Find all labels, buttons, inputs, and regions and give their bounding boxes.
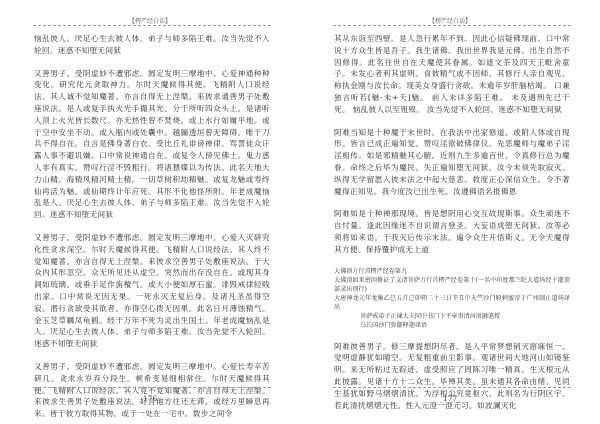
colophon-line: 菩萨戒弟子正谏大夫同中书门下平章事清河房融笔授 [334, 312, 570, 321]
header-divider [333, 25, 571, 26]
footer-divider [33, 387, 271, 388]
paragraph: 恼乱彼人。厌足心生去彼人体。弟子与师多陷王难。汝当先觉不入轮回。迷惑不知堕无间狱 [34, 33, 270, 57]
running-header: 【楞严经白话】 [300, 16, 600, 25]
colophon-line: 乌长国沙门弥伽释迦译语 [334, 321, 570, 330]
paragraph: 又善男子。受阴虚妙不遭邪虑。圆定发明三摩地中。心爱神通种种变化。研究化元贪取神力… [34, 68, 270, 221]
right-page: 【楞严经白话】 其从东诣至西壁。是人急行累年不到。因此心信疑佛现前。口中常说十方… [300, 0, 600, 424]
paragraph: 又善男子。受阴虚妙不遭邪虑。圆定发明三摩地中。心爱长寿辛苦研几。贪求永岁弃分段生… [34, 361, 270, 420]
left-page: 【楞严经白话】 恼乱彼人。厌足心生去彼人体。弟子与师多陷王难。汝当先觉不入轮回。… [0, 0, 300, 424]
colophon-line: 大佛顶万行首楞严经卷第九 [334, 267, 570, 276]
colophon-line: 大唐神龙元年龙集乙巳五月己卯朔二十三日辛丑中天竺沙门般剌蜜帝于广州制止道场译出 [334, 294, 570, 312]
paragraph: 其从东诣至西壁。是人急行累年不到。因此心信疑佛现前。口中常说十方众生皆是吾子。我… [334, 33, 570, 116]
page-number: _177_ [300, 394, 600, 403]
colophon: 大佛顶万行首楞严经卷第九 大佛顶如来密因修证了义诸菩萨万行首楞严经卷第十(一名中… [334, 267, 570, 330]
paragraph: 阿难当知是十种魔于末世时。在我法中出家修道。或附人体或自现形。皆言已成正遍知觉。… [334, 127, 570, 198]
colophon-line: 大佛顶如来密因修证了义诸菩萨万行首楞严经卷第十(一名中印度那兰陀大道场经于灌顶部… [334, 276, 570, 294]
footer-divider [333, 387, 571, 388]
paragraph: 又善男子。受阴虚妙不遭邪虑。圆定发明三摩地中。心爱入灭研究化性贪求深空。尔时天魔… [34, 232, 270, 350]
page-number: _176_ [0, 394, 300, 403]
paragraph: 阿难如是十种禅那现境。皆是想阴用心交互故现斯事。众生顽迷不自忖量。逢此因缘迷不自… [334, 208, 570, 255]
header-divider [33, 25, 271, 26]
page-body: 恼乱彼人。厌足心生去彼人体。弟子与师多陷王难。汝当先觉不入轮回。迷惑不知堕无间狱… [34, 33, 270, 424]
page-body: 其从东诣至西壁。是人急行累年不到。因此心信疑佛现前。口中常说十方众生皆是吾子。我… [334, 33, 570, 422]
running-header: 【楞严经白话】 [0, 16, 300, 25]
